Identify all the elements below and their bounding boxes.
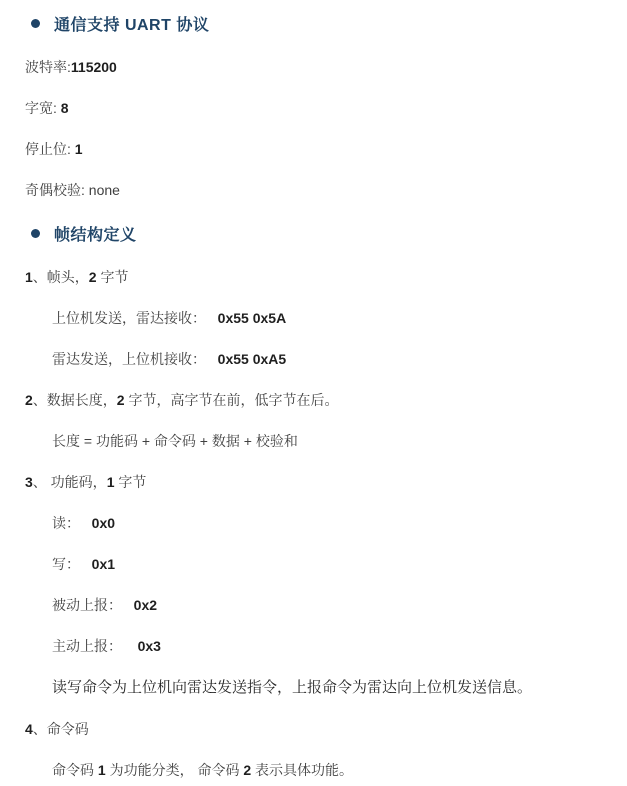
word-width-line: 字宽: 8	[25, 99, 609, 117]
bullet-icon	[31, 229, 40, 238]
passive-report-line: 被动上报： 0x2	[25, 596, 609, 614]
document-page: 通信支持 UART 协议 波特率:115200 字宽: 8 停止位: 1 奇偶校…	[0, 0, 627, 786]
radar-send-line: 雷达发送，上位机接收： 0x55 0xA5	[25, 350, 609, 368]
baud-rate-line: 波特率:115200	[25, 58, 609, 76]
frame-structure-heading-text: 帧结构定义	[54, 222, 137, 245]
bullet-icon	[31, 19, 40, 28]
read-code-line: 读： 0x0	[25, 514, 609, 532]
write-code-line: 写： 0x1	[25, 555, 609, 573]
command-code-item: 4、命令码	[25, 720, 609, 738]
length-formula-line: 长度 = 功能码 + 命令码 + 数据 + 校验和	[25, 432, 609, 450]
parity-line: 奇偶校验: none	[25, 181, 609, 199]
host-send-line: 上位机发送，雷达接收： 0x55 0x5A	[25, 309, 609, 327]
command-direction-note: 读写命令为上位机向雷达发送指令，上报命令为雷达向上位机发送信息。	[25, 678, 609, 697]
active-report-line: 主动上报： 0x3	[25, 637, 609, 655]
function-code-item: 3、 功能码，1 字节	[25, 473, 609, 491]
frame-header-item: 1、帧头，2 字节	[25, 268, 609, 286]
frame-structure-heading: 帧结构定义	[31, 222, 609, 245]
data-length-item: 2、数据长度，2 字节，高字节在前，低字节在后。	[25, 391, 609, 409]
command-code-note: 命令码 1 为功能分类， 命令码 2 表示具体功能。	[25, 761, 609, 779]
uart-heading: 通信支持 UART 协议	[31, 12, 609, 35]
stop-bit-line: 停止位: 1	[25, 140, 609, 158]
uart-heading-text: 通信支持 UART 协议	[54, 12, 209, 35]
